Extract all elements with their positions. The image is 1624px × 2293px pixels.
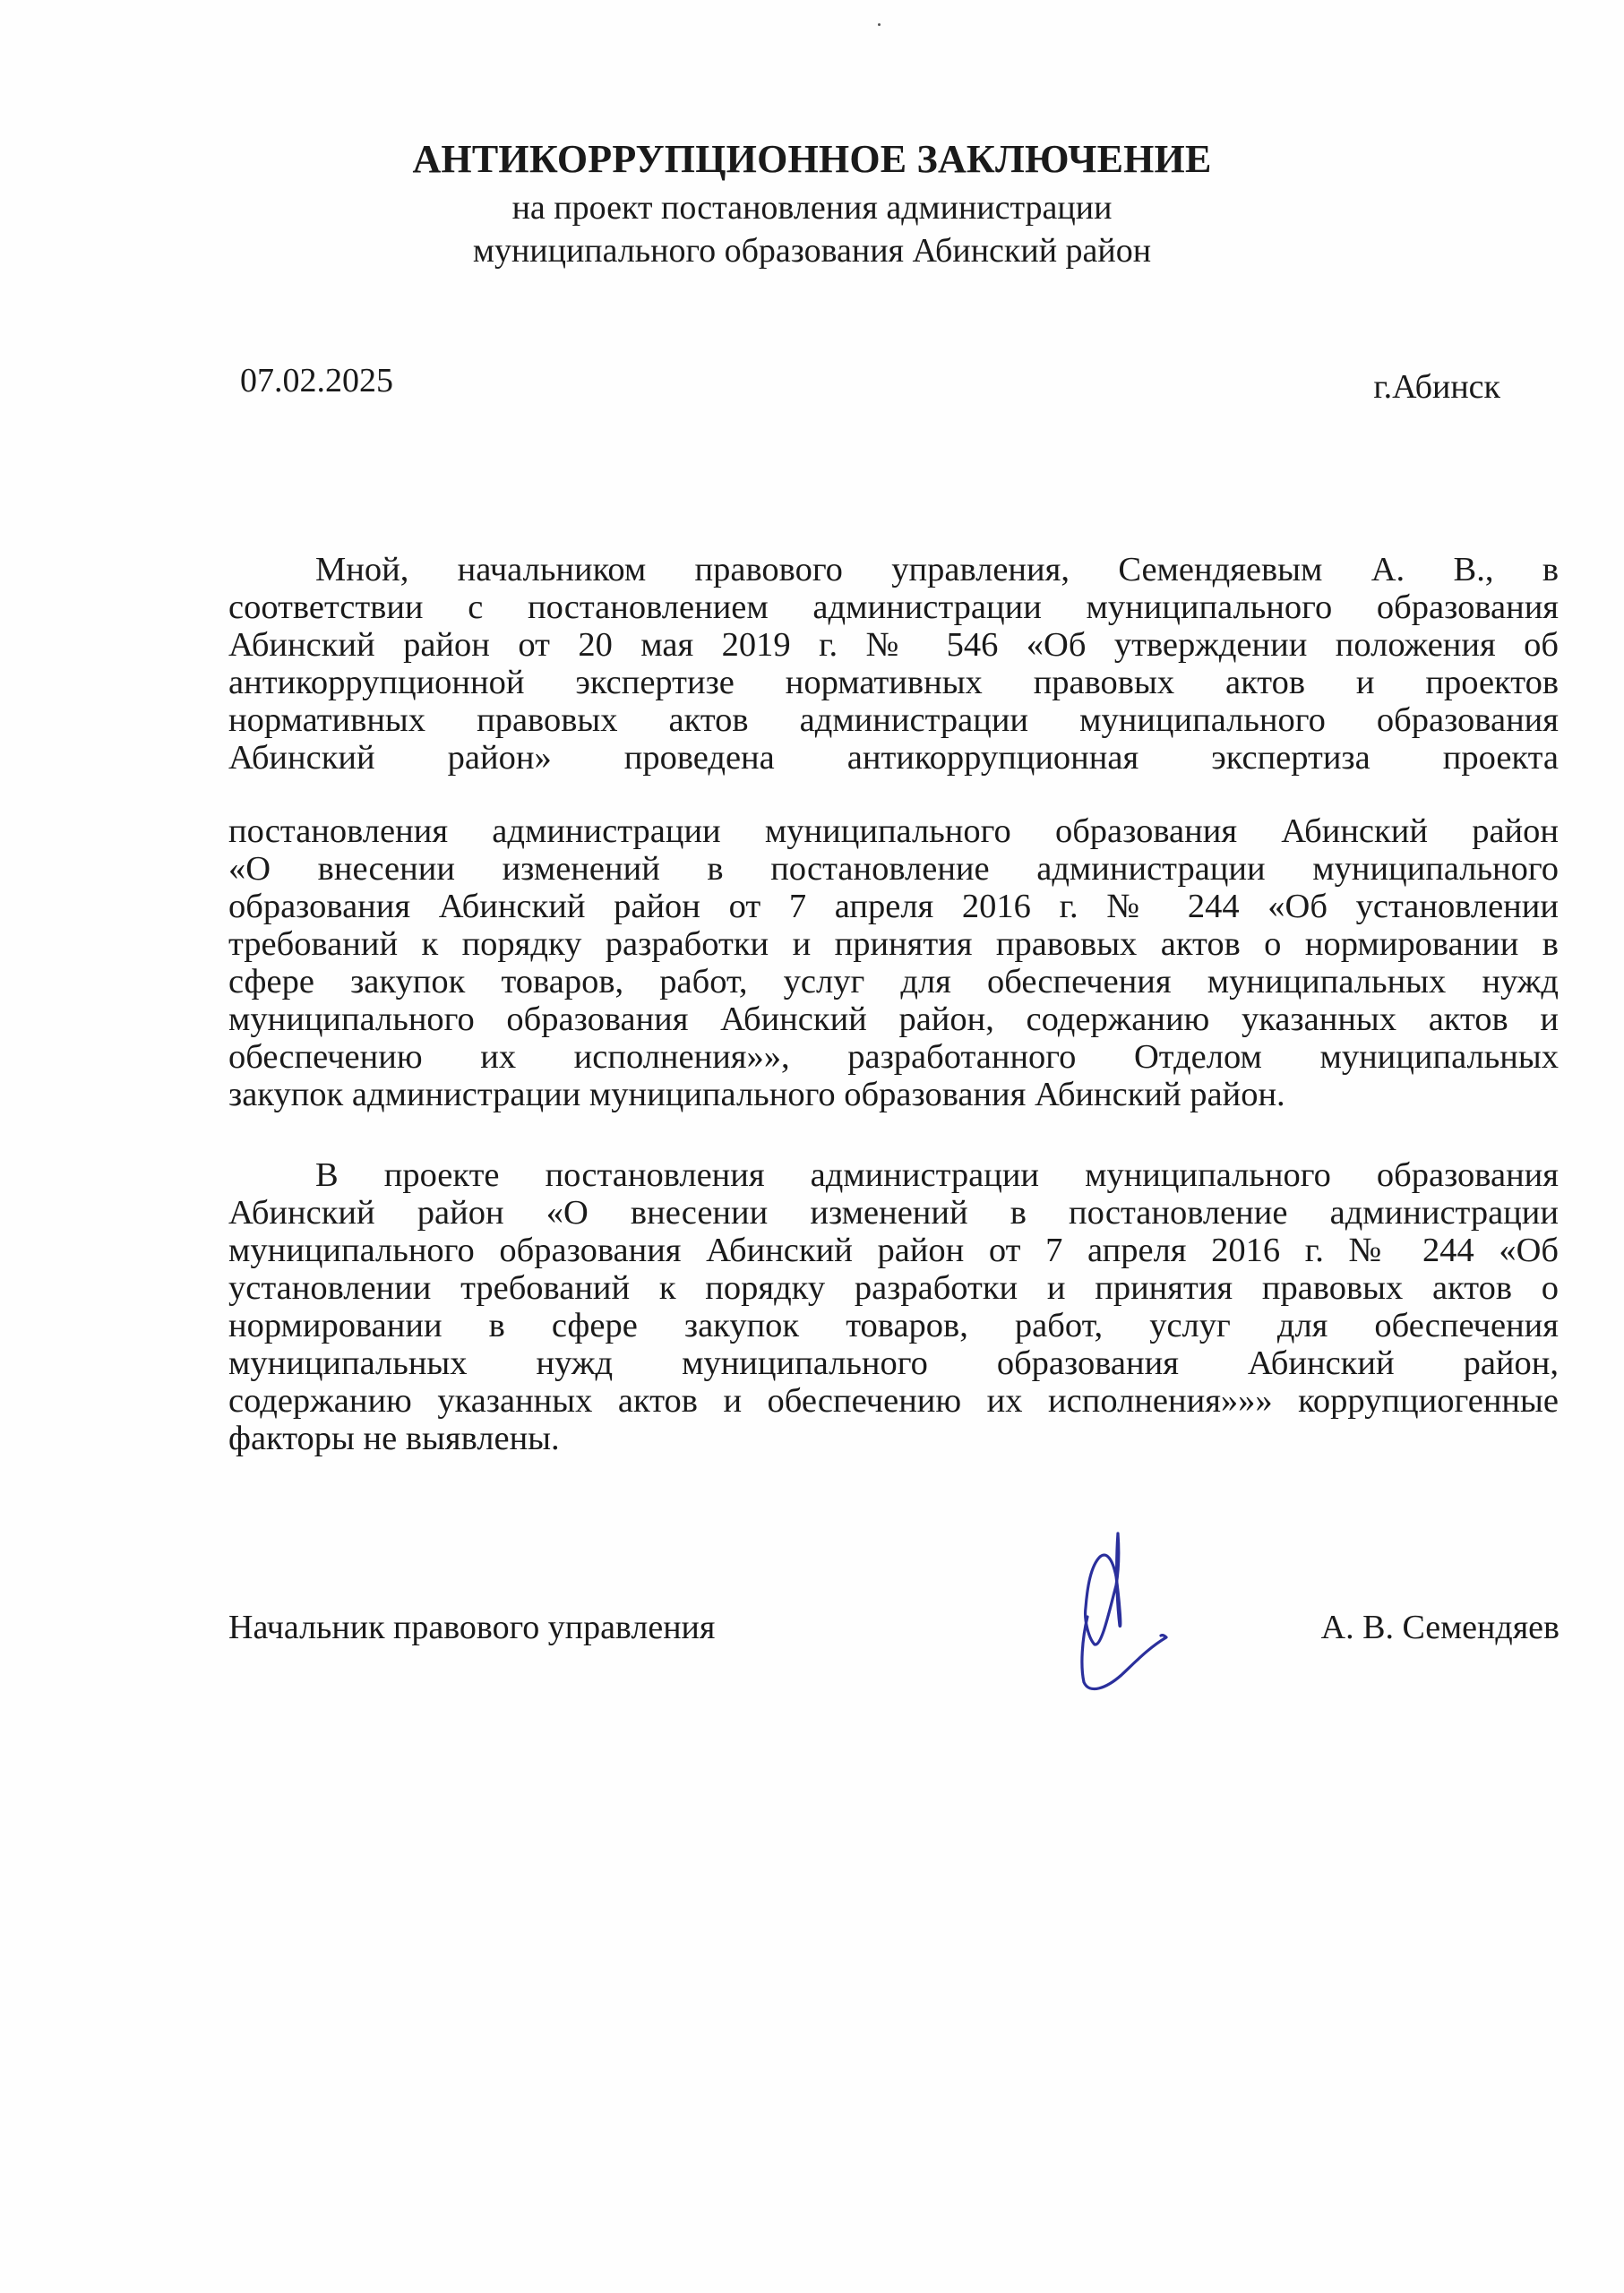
paragraph-line: соответствии с постановлением администра…	[228, 588, 1559, 627]
paragraph-line: обеспечению их исполнения»», разработанн…	[228, 1037, 1559, 1077]
document-date: 07.02.2025	[240, 361, 393, 400]
scan-speck	[878, 23, 881, 26]
paragraph-line: Абинский район» проведена антикоррупцион…	[228, 738, 1559, 777]
paragraph-line: муниципальных нужд муниципального образо…	[228, 1344, 1559, 1383]
paragraph-line: антикоррупционной экспертизе нормативных…	[228, 663, 1559, 702]
paragraph-line: нормировании в сфере закупок товаров, ра…	[228, 1306, 1559, 1345]
paragraph-line: Мной, начальником правового управления, …	[315, 550, 1559, 589]
signatory-position: Начальник правового управления	[228, 1608, 715, 1647]
paragraph-line: установлении требований к порядку разраб…	[228, 1268, 1559, 1308]
paragraph-line: В проекте постановления администрации му…	[315, 1155, 1559, 1195]
paragraph-line: сфере закупок товаров, работ, услуг для …	[228, 962, 1559, 1001]
document-page: АНТИКОРРУПЦИОННОЕ ЗАКЛЮЧЕНИЕ на проект п…	[0, 0, 1624, 2293]
handwritten-signature-icon	[1057, 1523, 1200, 1702]
paragraph-line: Абинский район «О внесении изменений в п…	[228, 1193, 1559, 1232]
document-title: АНТИКОРРУПЦИОННОЕ ЗАКЛЮЧЕНИЕ	[0, 136, 1624, 182]
paragraph-line: образования Абинский район от 7 апреля 2…	[228, 887, 1559, 926]
paragraph-line: муниципального образования Абинский райо…	[228, 1231, 1559, 1270]
document-city: г.Абинск	[1373, 367, 1500, 407]
document-subtitle-line-2: муниципального образования Абинский райо…	[0, 231, 1624, 271]
paragraph-line: факторы не выявлены.	[228, 1419, 1559, 1458]
paragraph-line: «О внесении изменений в постановление ад…	[228, 849, 1559, 889]
paragraph-line: закупок администрации муниципального обр…	[228, 1075, 1559, 1114]
paragraph-line: постановления администрации муниципально…	[228, 812, 1559, 851]
paragraph-line: Абинский район от 20 мая 2019 г. № 546 «…	[228, 625, 1559, 665]
paragraph-line: муниципального образования Абинский райо…	[228, 1000, 1559, 1039]
paragraph-line: нормативных правовых актов администрации…	[228, 700, 1559, 740]
document-subtitle-line-1: на проект постановления администрации	[0, 188, 1624, 228]
paragraph-line: требований к порядку разработки и принят…	[228, 924, 1559, 964]
signatory-name: А. В. Семендяев	[1321, 1608, 1560, 1647]
paragraph-line: содержанию указанных актов и обеспечению…	[228, 1381, 1559, 1421]
